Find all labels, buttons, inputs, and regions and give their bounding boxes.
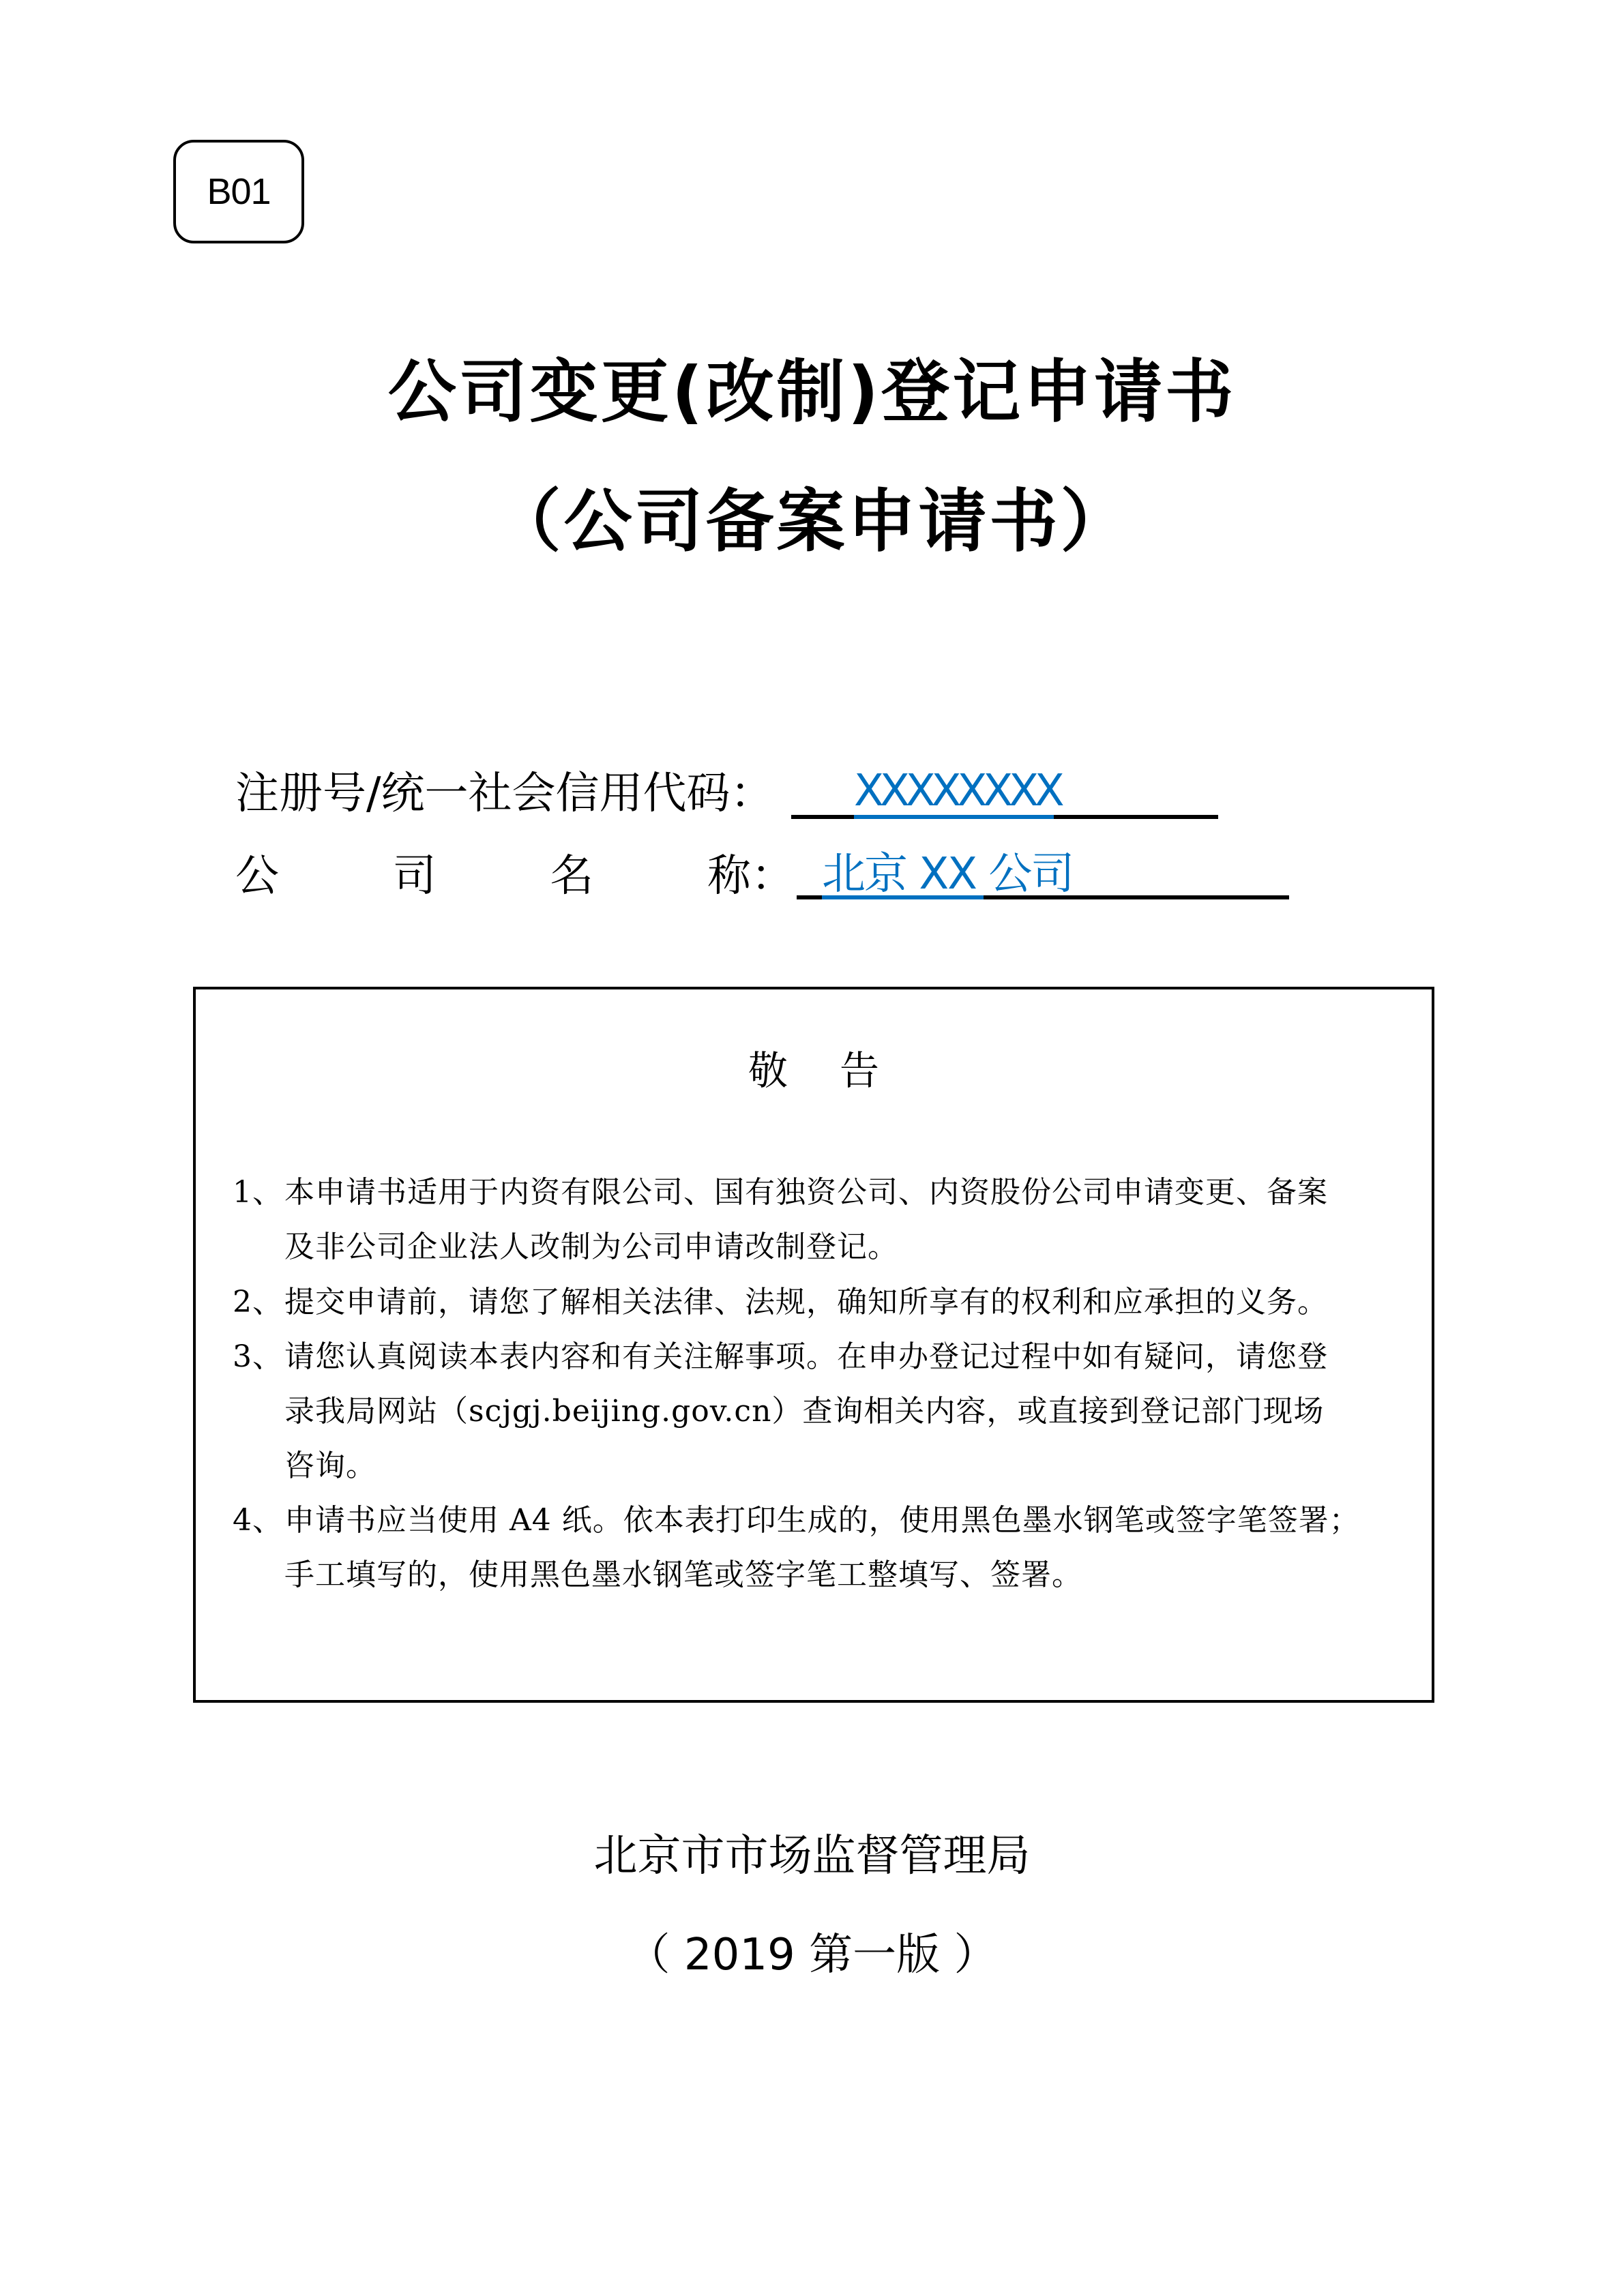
company-name-label: 公 司 名 称： [235, 854, 795, 898]
registration-code-filled-underline [854, 815, 1054, 819]
company-name-label-char: 名 [550, 854, 593, 898]
notice-item-line: 本申请书适用于内资有限公司、国有独资公司、内资股份公司申请变更、备案 [284, 1178, 1328, 1208]
form-code-badge: B01 [173, 140, 304, 243]
edition-label: （ 2019 第一版 ） [0, 1933, 1624, 1977]
notice-item-number: 2、 [233, 1287, 283, 1317]
document-subtitle: （公司备案申请书） [0, 488, 1624, 556]
notice-item-line: 申请书应当使用 A4 纸。依本表打印生成的，使用黑色墨水钢笔或签字笔签署； [284, 1506, 1360, 1536]
notice-title-char: 敬 [748, 1047, 788, 1094]
notice-item-line: 录我局网站（scjgj.beijing.gov.cn）查询相关内容，或直接到登记… [284, 1397, 1324, 1427]
notice-box: 敬告 1、 本申请书适用于内资有限公司、国有独资公司、内资股份公司申请变更、备案… [193, 987, 1434, 1703]
company-name-label-char: 司 [393, 854, 437, 898]
notice-title: 敬告 [196, 1051, 1432, 1090]
notice-title-char: 告 [840, 1047, 879, 1094]
form-code: B01 [207, 170, 270, 213]
registration-code-label: 注册号/统一社会信用代码： [235, 772, 774, 816]
notice-item-number: 1、 [233, 1178, 283, 1208]
company-name-label-char: 称： [707, 854, 795, 898]
notice-item-line: 咨询。 [284, 1451, 377, 1481]
notice-item-line: 请您认真阅读本表内容和有关注解事项。在申办登记过程中如有疑问，请您登 [284, 1342, 1328, 1372]
company-name-filled-underline [822, 895, 984, 899]
notice-item-line: 及非公司企业法人改制为公司申请改制登记。 [284, 1232, 898, 1262]
issuing-authority: 北京市市场监督管理局 [0, 1834, 1624, 1878]
notice-item-line: 提交申请前，请您了解相关法律、法规，确知所享有的权利和应承担的义务。 [284, 1287, 1328, 1317]
document-title: 公司变更(改制)登记申请书 [0, 358, 1624, 426]
company-name-underline [797, 895, 1289, 899]
company-name-value[interactable]: 北京 XX 公司 [822, 852, 1073, 896]
notice-item-number: 3、 [233, 1342, 283, 1372]
notice-item-number: 4、 [233, 1506, 283, 1536]
registration-code-underline [791, 815, 1218, 819]
company-name-label-char: 公 [235, 854, 279, 898]
notice-item-line: 手工填写的，使用黑色墨水钢笔或签字笔工整填写、签署。 [284, 1560, 1082, 1590]
registration-code-value[interactable]: XXXXXXXX [854, 769, 1059, 813]
